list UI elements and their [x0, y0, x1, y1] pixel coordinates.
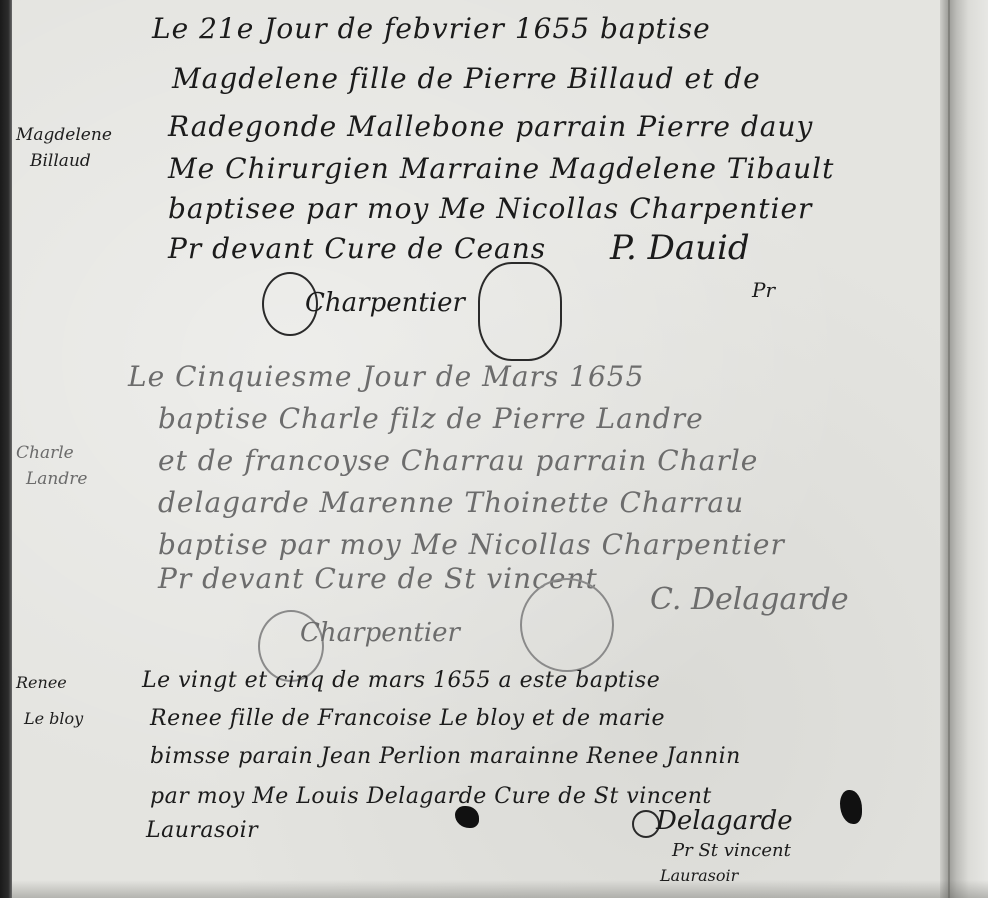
signature-paraph — [520, 578, 614, 672]
book-binding — [0, 0, 12, 898]
margin-name-line: Landre — [16, 466, 136, 492]
margin-name-line: Le bloy — [16, 706, 136, 732]
signature-dauid: P. Dauid — [610, 228, 750, 268]
entry-line: Pr devant Cure de St vincent — [158, 562, 598, 595]
entry-line: Laurasoir — [146, 818, 258, 843]
margin-name-line: Magdelene — [16, 122, 136, 148]
entry-line: bimsse parain Jean Perlion marainne Rene… — [150, 744, 741, 769]
signature-charpentier: Charpentier — [305, 288, 465, 318]
entry-line: Le 21e Jour de febvrier 1655 baptise — [152, 12, 711, 45]
entry-line: Pr devant Cure de Ceans — [168, 232, 546, 265]
page-edge-line — [948, 0, 950, 898]
signature-delagarde: Delagarde — [656, 806, 793, 836]
page-bottom-shadow — [12, 880, 988, 898]
entry-line: et de francoyse Charrau parrain Charle — [158, 444, 758, 477]
signature-charpentier: Charpentier — [300, 618, 460, 648]
margin-note-entry-3: Renee Le bloy — [16, 670, 136, 732]
signature-pr-st-vincent: Pr St vincent — [672, 840, 791, 861]
entry-line: baptise Charle filz de Pierre Landre — [158, 402, 704, 435]
signature-pr: Pr — [752, 278, 775, 302]
entry-line: baptisee par moy Me Nicollas Charpentier — [168, 192, 812, 225]
entry-line: par moy Me Louis Delagarde Cure de St vi… — [150, 784, 712, 809]
margin-note-entry-1: Magdelene Billaud — [16, 122, 136, 174]
entry-line: Le Cinquiesme Jour de Mars 1655 — [128, 360, 644, 393]
entry-line: baptise par moy Me Nicollas Charpentier — [158, 528, 785, 561]
entry-line: Le vingt et cinq de mars 1655 a este bap… — [142, 668, 660, 693]
margin-name-line: Billaud — [16, 148, 136, 174]
entry-line: delagarde Marenne Thoinette Charrau — [158, 486, 744, 519]
margin-name-line: Charle — [16, 440, 136, 466]
entry-line: Renee fille de Francoise Le bloy et de m… — [150, 706, 665, 731]
signature-delagarde: C. Delagarde — [650, 582, 849, 617]
entry-line: Magdelene fille de Pierre Billaud et de — [172, 62, 761, 95]
margin-name-line: Renee — [16, 670, 136, 696]
entry-line: Me Chirurgien Marraine Magdelene Tibault — [168, 152, 834, 185]
entry-line: Radegonde Mallebone parrain Pierre dauy — [168, 110, 813, 143]
margin-note-entry-2: Charle Landre — [16, 440, 136, 492]
signature-paraph — [478, 262, 562, 361]
